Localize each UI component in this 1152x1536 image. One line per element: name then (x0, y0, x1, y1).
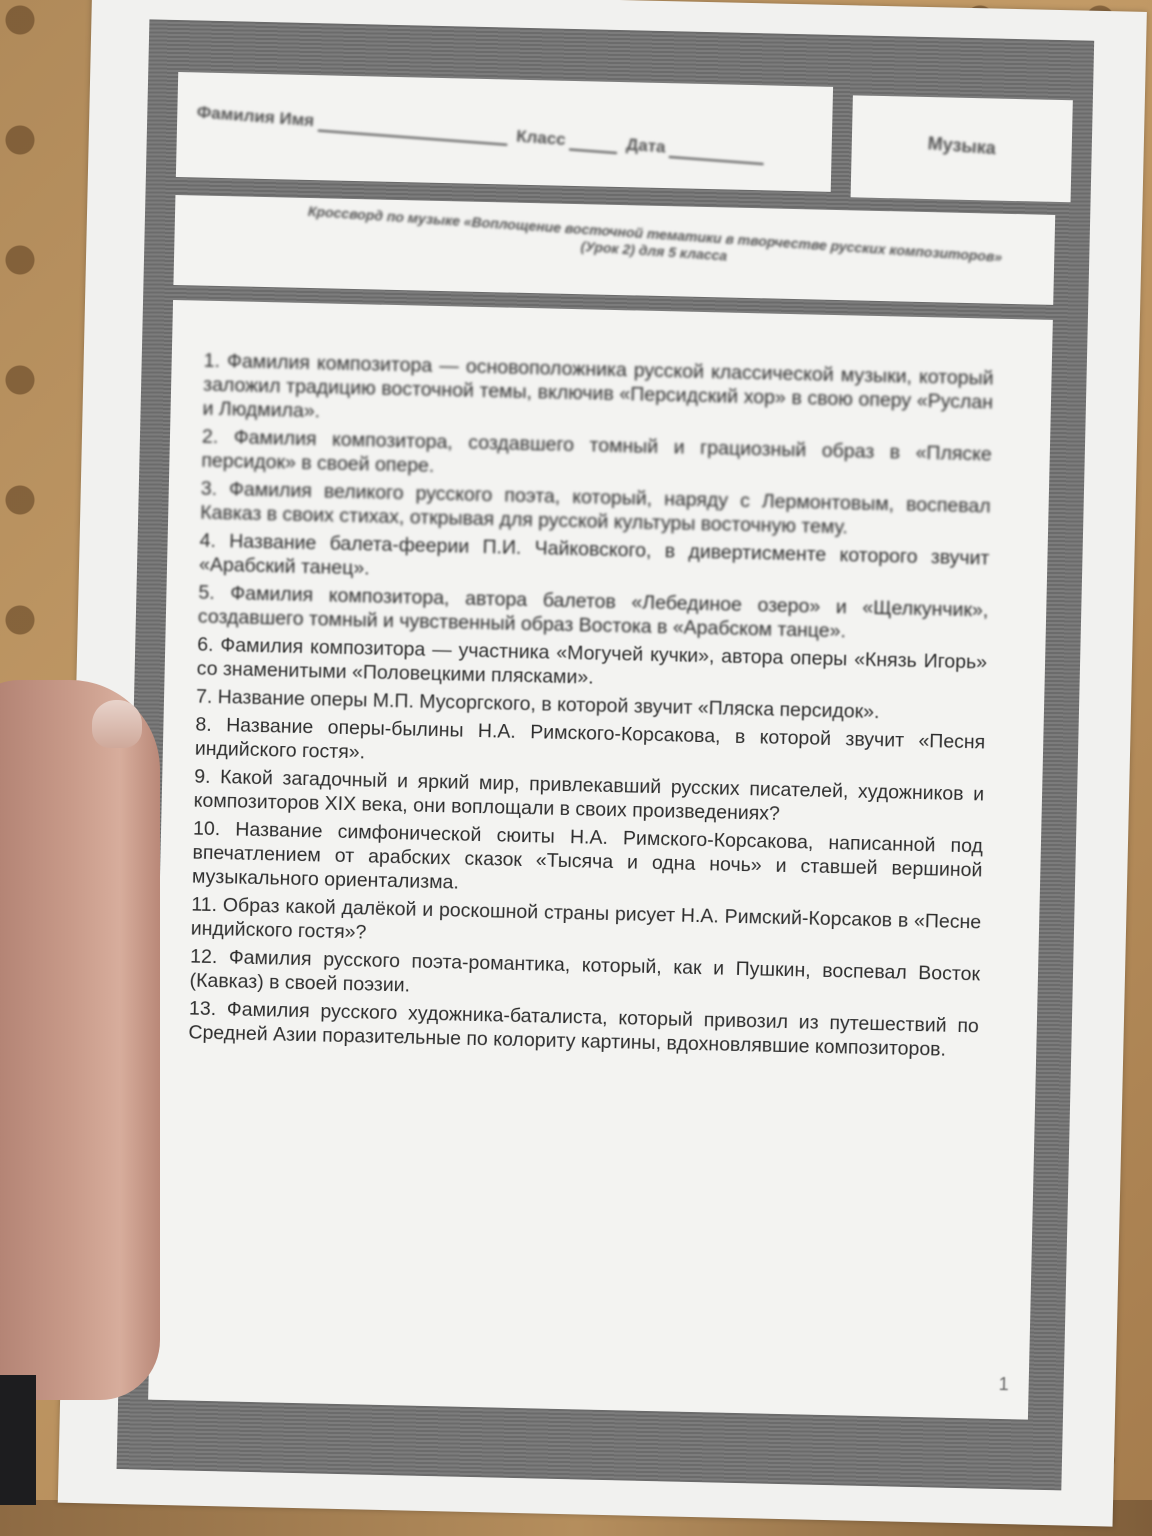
worksheet-paper: Фамилия Имя Класс Дата Музыка Кроссворд … (58, 0, 1147, 1527)
date-label: Дата (626, 135, 667, 157)
worksheet-frame: Фамилия Имя Класс Дата Музыка Кроссворд … (117, 19, 1095, 1490)
questions-box: 1. Фамилия композитора — основоположника… (148, 300, 1053, 1420)
subject-label: Музыка (851, 128, 1072, 165)
thumbnail (92, 700, 142, 748)
title-box: Кроссворд по музыке «Воплощение восточно… (173, 195, 1055, 305)
student-info-line: Фамилия Имя Класс Дата (196, 102, 836, 170)
class-blank (569, 148, 617, 154)
name-label: Фамилия Имя (196, 102, 315, 130)
subject-box: Музыка (851, 95, 1073, 202)
class-label: Класс (516, 126, 567, 149)
sleeve (0, 1375, 36, 1505)
question-item: 10. Название симфонической сюиты Н.А. Ри… (192, 817, 983, 907)
date-blank (669, 156, 764, 165)
question-item: 1. Фамилия композитора — основоположника… (202, 349, 993, 439)
student-info-box: Фамилия Имя Класс Дата (176, 72, 833, 192)
holding-hand (0, 680, 160, 1400)
questions-list: 1. Фамилия композитора — основоположника… (188, 349, 994, 1067)
worksheet-title: Кроссворд по музыке «Воплощение восточно… (294, 202, 1015, 284)
page-number: 1 (998, 1374, 1008, 1395)
name-blank (317, 130, 507, 146)
